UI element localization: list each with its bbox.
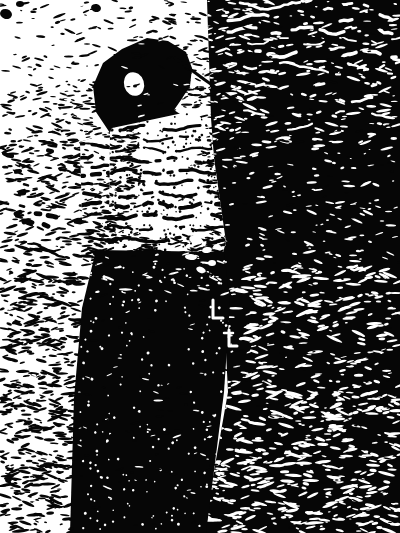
halftone-photo-canvas (0, 0, 400, 533)
photo-viewport (0, 0, 400, 533)
